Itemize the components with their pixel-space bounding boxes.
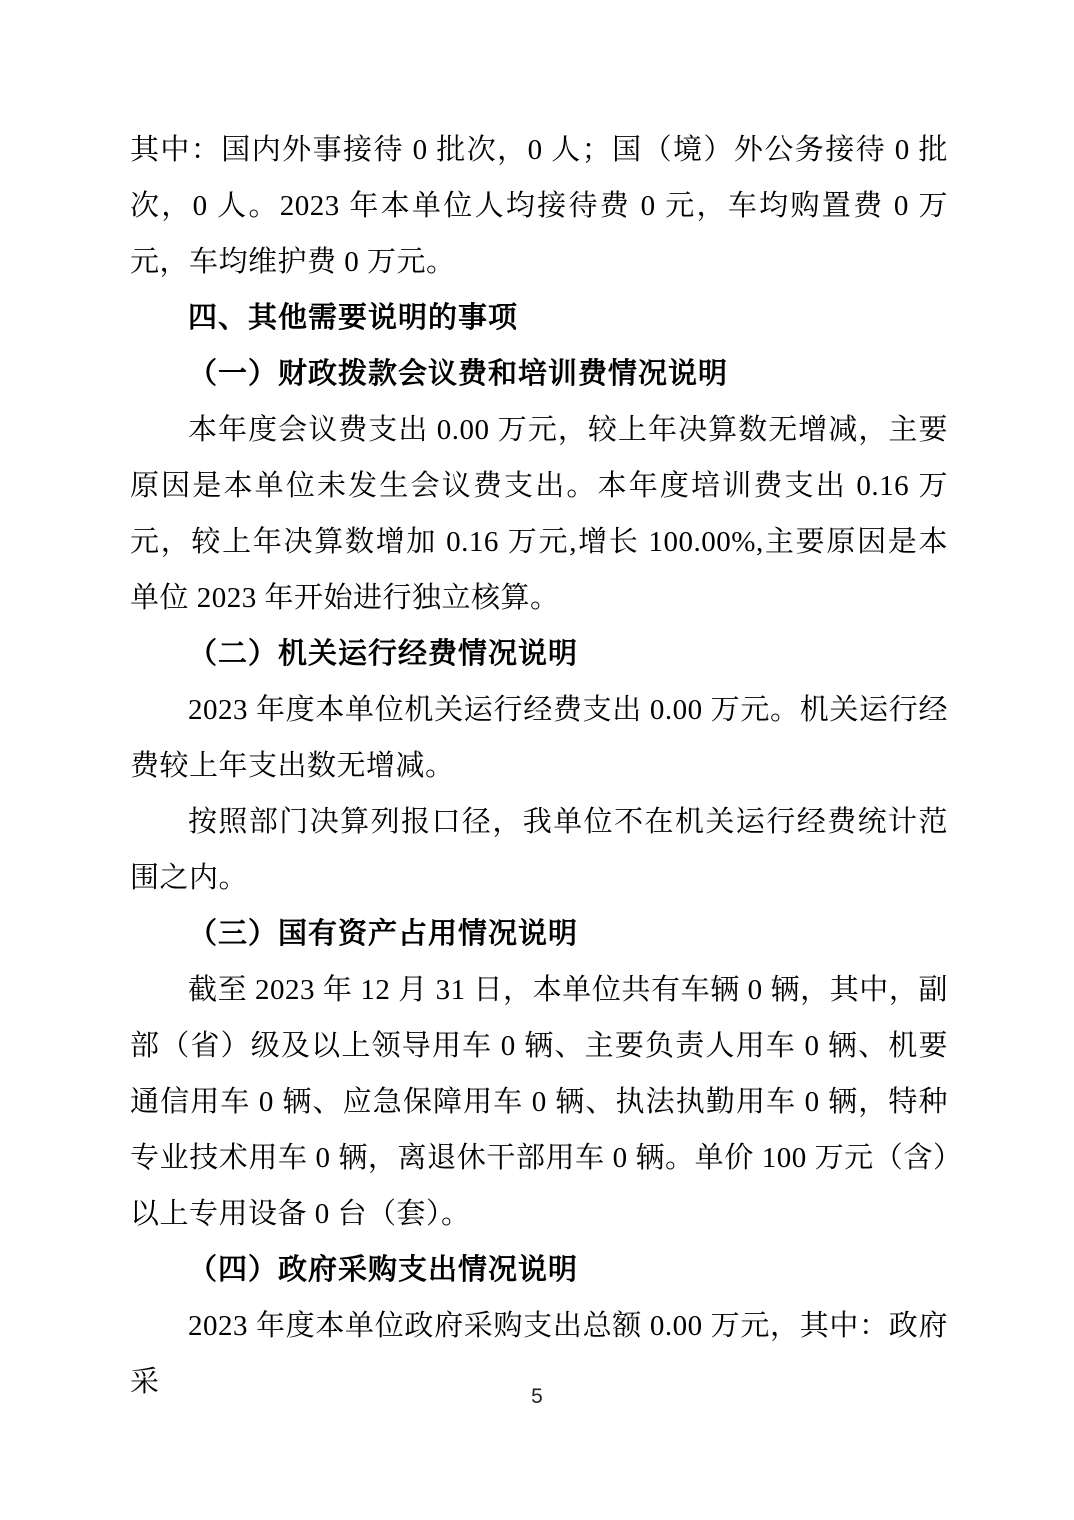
section-heading-other-items: 四、其他需要说明的事项 bbox=[130, 290, 948, 346]
document-body: 其中：国内外事接待 0 批次，0 人；国（境）外公务接待 0 批次，0 人。20… bbox=[130, 122, 948, 1410]
paragraph-meeting-training-fees: 本年度会议费支出 0.00 万元，较上年决算数无增减，主要原因是本单位未发生会议… bbox=[130, 402, 948, 626]
page-number: 5 bbox=[0, 1383, 1074, 1411]
subsection-heading-meeting-training-fees: （一）财政拨款会议费和培训费情况说明 bbox=[130, 346, 948, 402]
subsection-heading-gov-procurement: （四）政府采购支出情况说明 bbox=[130, 1242, 948, 1298]
paragraph-state-assets-vehicles: 截至 2023 年 12 月 31 日，本单位共有车辆 0 辆，其中，副部（省）… bbox=[130, 962, 948, 1242]
paragraph-official-reception-stats: 其中：国内外事接待 0 批次，0 人；国（境）外公务接待 0 批次，0 人。20… bbox=[130, 122, 948, 290]
document-page: 其中：国内外事接待 0 批次，0 人；国（境）外公务接待 0 批次，0 人。20… bbox=[0, 0, 1074, 1520]
subsection-heading-agency-operating-funds: （二）机关运行经费情况说明 bbox=[130, 626, 948, 682]
paragraph-operating-funds-amount: 2023 年度本单位机关运行经费支出 0.00 万元。机关运行经费较上年支出数无… bbox=[130, 682, 948, 794]
subsection-heading-state-assets: （三）国有资产占用情况说明 bbox=[130, 906, 948, 962]
paragraph-operating-funds-scope: 按照部门决算列报口径，我单位不在机关运行经费统计范围之内。 bbox=[130, 794, 948, 906]
